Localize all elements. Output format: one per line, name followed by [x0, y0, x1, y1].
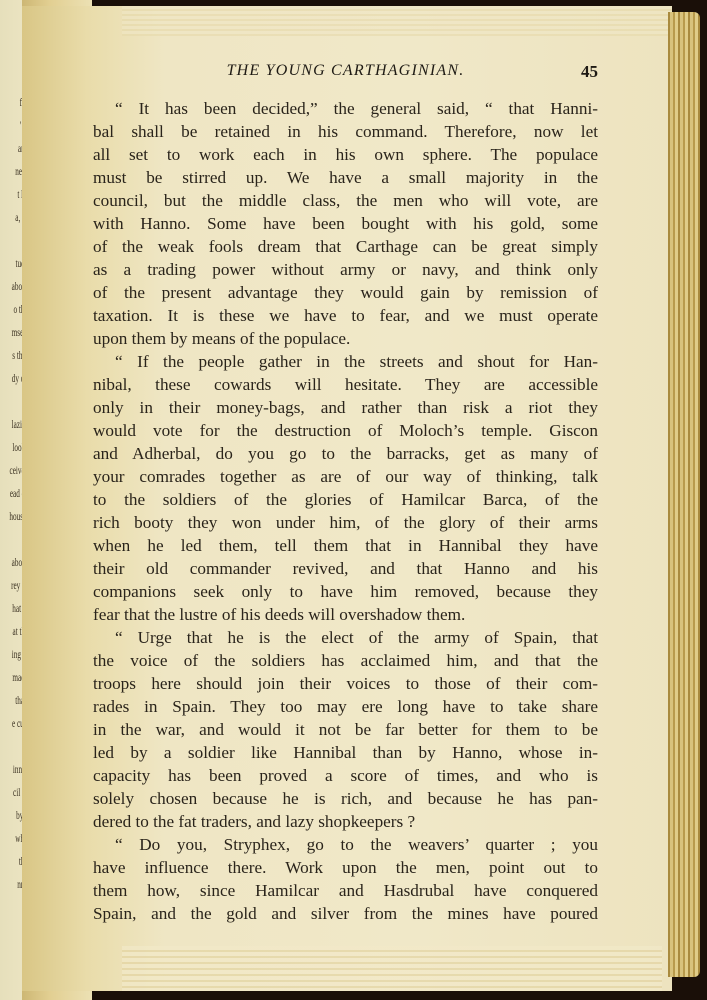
text-line: Spain, and the gold and silver from the … [93, 902, 598, 925]
book-fore-edge [668, 12, 700, 977]
text-line: companions seek only to have him removed… [93, 580, 598, 603]
text-line: of the present advantage they would gain… [93, 281, 598, 304]
text-line: “ If the people gather in the streets an… [93, 350, 598, 373]
text-line: only in their money-bags, and rather tha… [93, 396, 598, 419]
text-line: solely chosen because he is rich, and be… [93, 787, 598, 810]
page-header: THE YOUNG CARTHAGINIAN. 45 [93, 62, 598, 86]
text-line: their old commander revived, and that Ha… [93, 557, 598, 580]
text-line: them how, since Hamilcar and Hasdrubal h… [93, 879, 598, 902]
text-line: would vote for the destruction of Moloch… [93, 419, 598, 442]
text-line: in the war, and would it not be far bett… [93, 718, 598, 741]
text-line: nibal, these cowards will hesitate. They… [93, 373, 598, 396]
text-line: with Hanno. Some have been bought with h… [93, 212, 598, 235]
text-line: all set to work each in his own sphere. … [93, 143, 598, 166]
page-bottom-edge [122, 946, 662, 991]
text-line: led by a soldier like Hannibal than by H… [93, 741, 598, 764]
body-text: “ It has been decided,” the general said… [93, 97, 598, 925]
text-line: “ It has been decided,” the general said… [93, 97, 598, 120]
text-line: dered to the fat traders, and lazy shopk… [93, 810, 598, 833]
text-line: rich booty they won under him, of the gl… [93, 511, 598, 534]
text-line: to the soldiers of the glories of Hamilc… [93, 488, 598, 511]
text-line: fear that the lustre of his deeds will o… [93, 603, 598, 626]
text-line: capacity has been proved a score of time… [93, 764, 598, 787]
page-top-edge [122, 6, 672, 36]
text-line: the voice of the soldiers has acclaimed … [93, 649, 598, 672]
text-line: when he led them, tell them that in Hann… [93, 534, 598, 557]
text-line: “ Urge that he is the elect of the army … [93, 626, 598, 649]
text-line: taxation. It is these we have to fear, a… [93, 304, 598, 327]
running-title: THE YOUNG CARTHAGINIAN. [93, 62, 598, 80]
page-number: 45 [581, 62, 598, 82]
text-line: council, but the middle class, the men w… [93, 189, 598, 212]
text-line: bal shall be retained in his command. Th… [93, 120, 598, 143]
text-line: must be stirred up. We have a small majo… [93, 166, 598, 189]
text-line: troops here should join their voices to … [93, 672, 598, 695]
text-line: have influence there. Work upon the men,… [93, 856, 598, 879]
text-line: your comrades together as are of our way… [93, 465, 598, 488]
text-line: and Adherbal, do you go to the barracks,… [93, 442, 598, 465]
text-line: upon them by means of the populace. [93, 327, 598, 350]
text-line: rades in Spain. They too may ere long ha… [93, 695, 598, 718]
text-line: of the weak fools dream that Carthage ca… [93, 235, 598, 258]
text-line: “ Do you, Stryphex, go to the weavers’ q… [93, 833, 598, 856]
text-line: as a trading power without army or navy,… [93, 258, 598, 281]
